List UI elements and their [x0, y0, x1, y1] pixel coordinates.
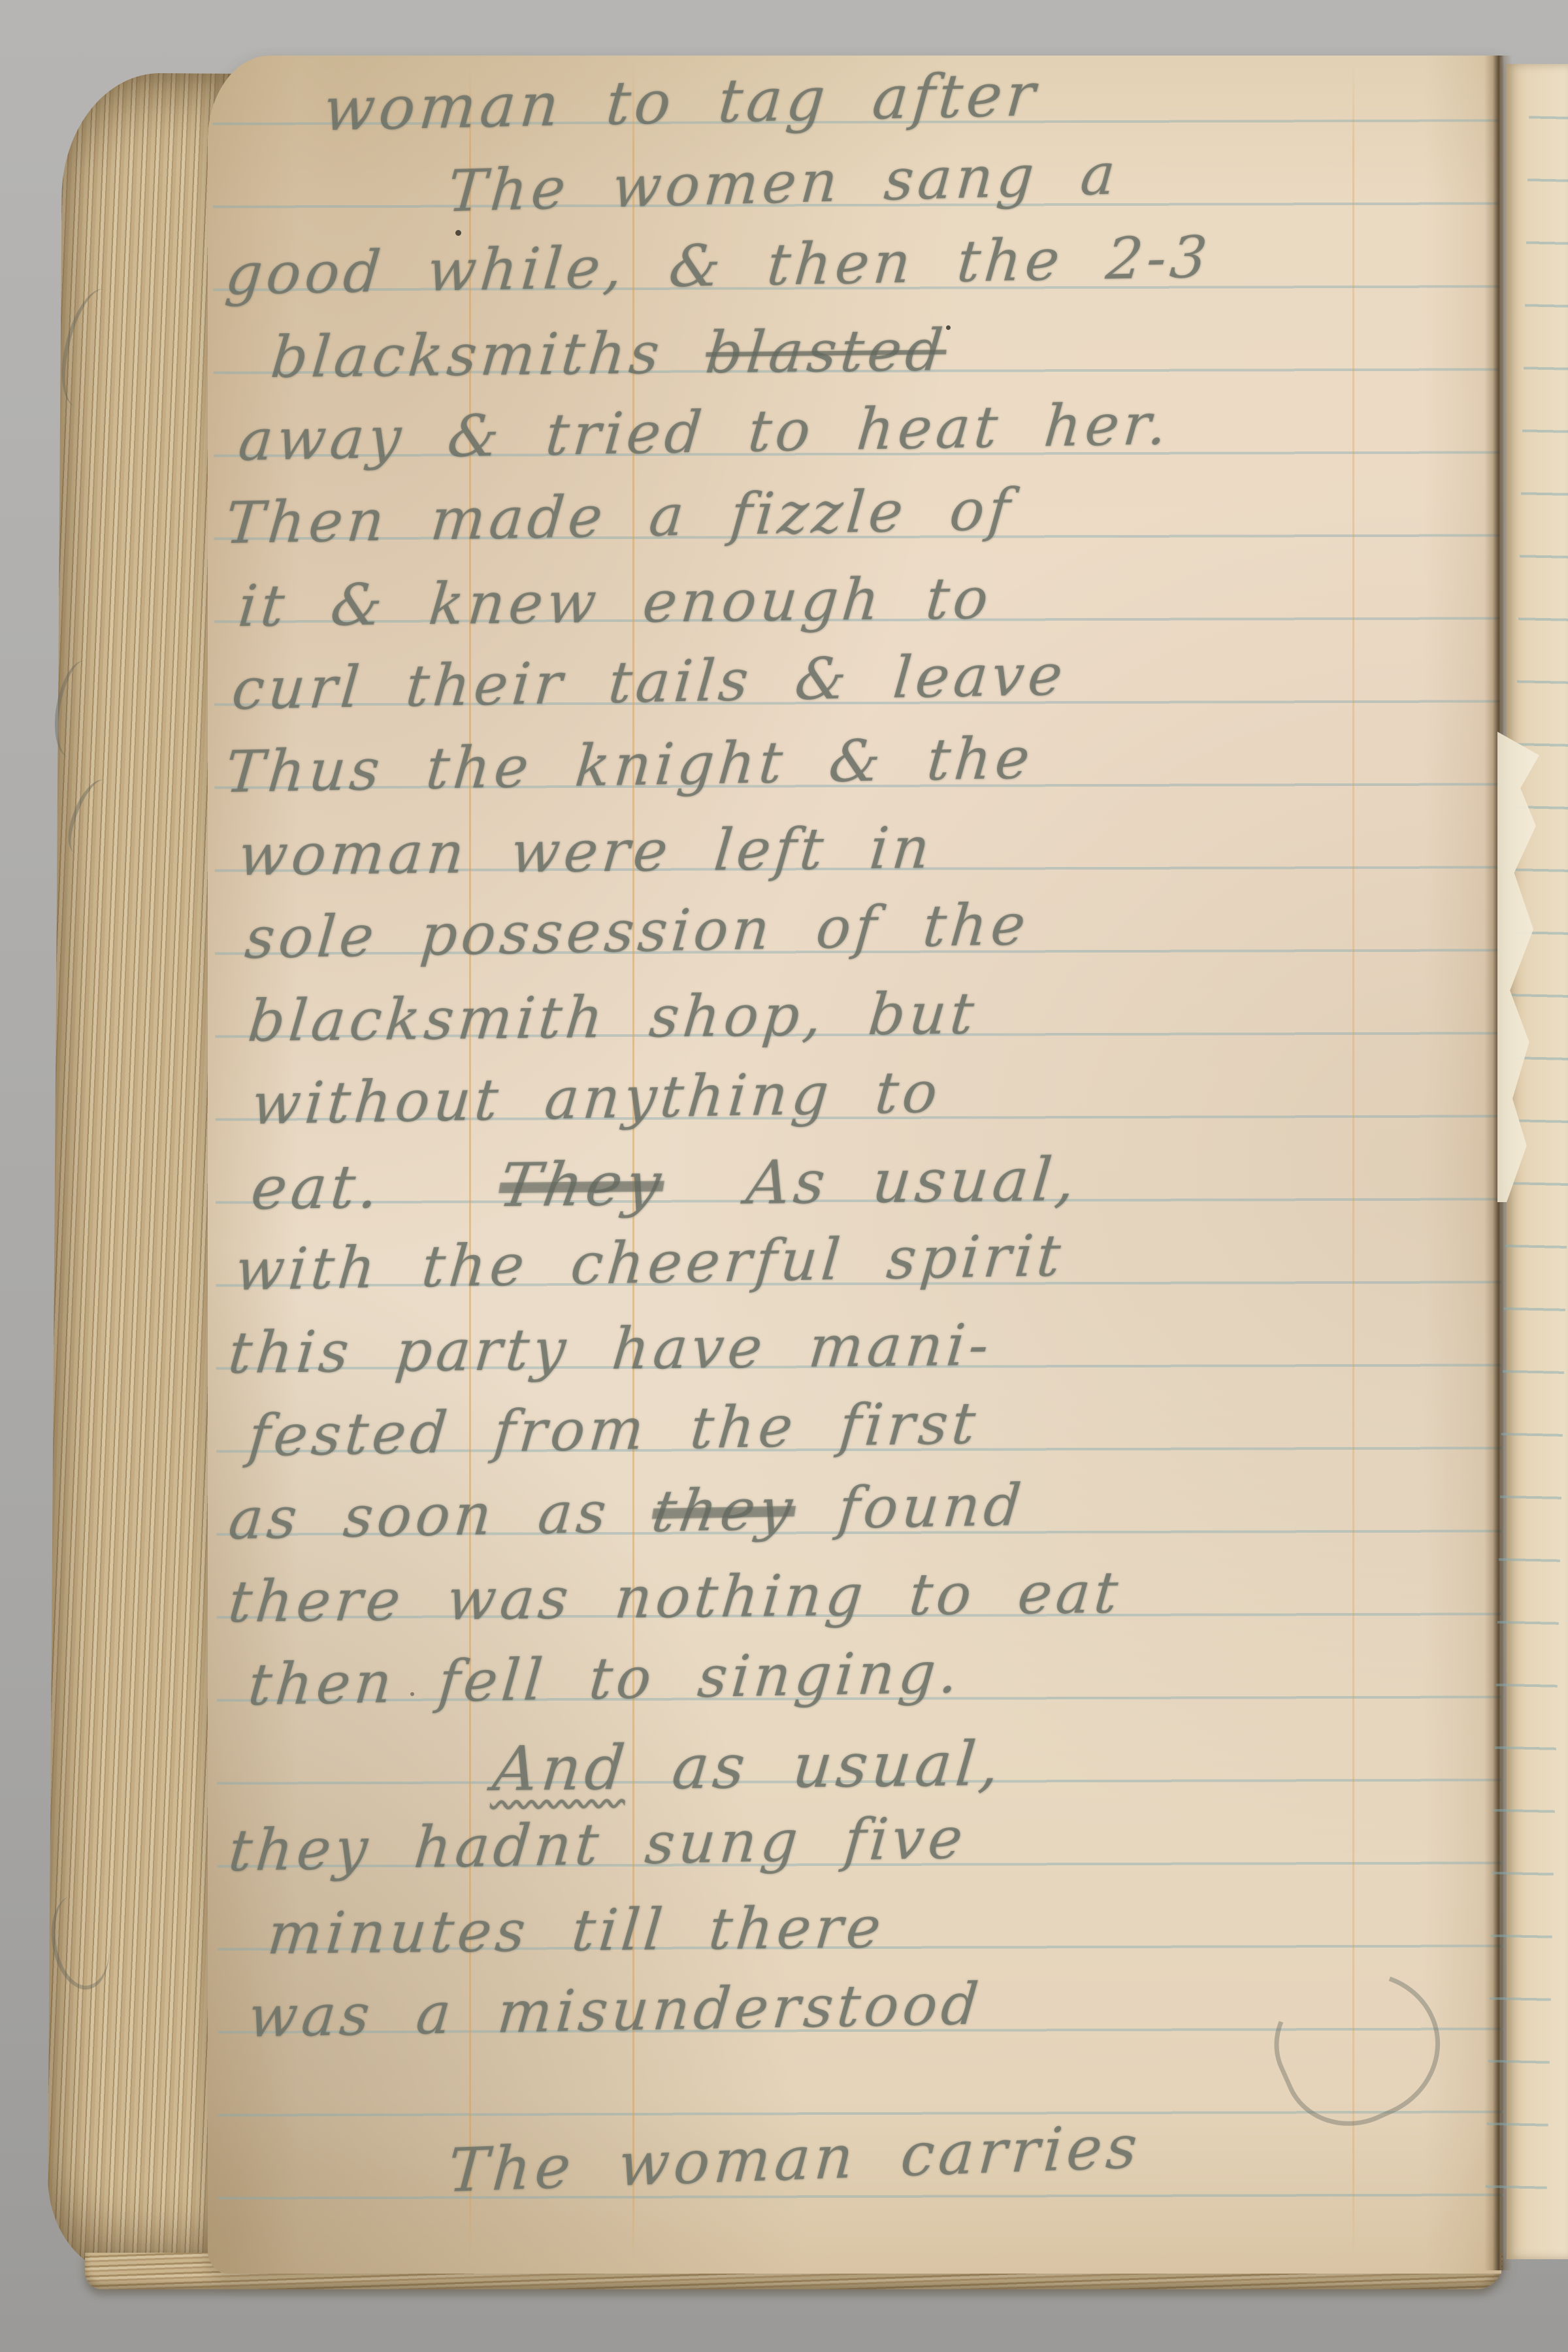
word-segment: as soon as: [226, 1478, 656, 1552]
word-segment: eat.: [248, 1152, 385, 1223]
handwritten-line: without anything to: [249, 1059, 944, 1137]
word-segment: without anything to: [249, 1058, 944, 1138]
word-segment: good while, & then the 2-3: [223, 223, 1214, 308]
word-segment: was a misunderstood: [246, 1970, 985, 2050]
word-segment: Then made a fizzle of: [223, 476, 1017, 557]
word-segment: curl their tails & leave: [229, 641, 1069, 723]
handwritten-line: as soon as they found: [226, 1472, 1028, 1552]
word-segment: blacksmith shop, but: [245, 979, 980, 1054]
word-segment: blacksmiths: [268, 319, 709, 391]
word-segment: with the cheerful spirit: [233, 1222, 1067, 1303]
word-segment: it & knew enough to: [235, 564, 995, 640]
handwritten-line: away & tried to heat her.: [236, 391, 1173, 473]
word-segment: there was nothing to eat: [225, 1559, 1124, 1635]
word-segment: blasted: [703, 316, 950, 386]
handwritten-line: fested from the first: [246, 1390, 982, 1469]
word-segment: And: [490, 1733, 632, 1805]
word-segment: fested from the first: [246, 1389, 982, 1469]
handwritten-line: woman were left in: [235, 815, 936, 888]
handwritten-line: eat.They As usual,: [248, 1145, 1082, 1223]
word-segment: The women sang a: [446, 140, 1122, 225]
word-segment: then fell to singing.: [246, 1639, 964, 1718]
handwritten-line: there was nothing to eat: [225, 1560, 1124, 1635]
handwritten-line: good while, & then the 2-3: [223, 224, 1213, 308]
handwritten-line: it & knew enough to: [235, 565, 994, 639]
handwritten-line: minutes till there: [265, 1894, 887, 1967]
word-segment: Thus the knight & the: [223, 724, 1036, 806]
word-segment: woman to tag after: [321, 59, 1041, 144]
handwritten-line: they hadnt sung five: [226, 1805, 969, 1884]
handwritten-line: curl their tails & leave: [229, 642, 1069, 723]
handwritten-line: this party have mani-: [225, 1312, 995, 1386]
word-segment: As usual,: [699, 1145, 1081, 1218]
handwritten-line: with the cheerful spirit: [233, 1222, 1067, 1303]
handwritten-line: The woman carries: [446, 2112, 1143, 2206]
handwritten-line: Then made a fizzle of: [223, 476, 1017, 556]
handwritten-line: blacksmith shop, but: [245, 980, 980, 1054]
word-segment: away & tried to heat her.: [236, 390, 1173, 474]
word-segment: They: [494, 1149, 669, 1220]
word-segment: The woman carries: [446, 2112, 1143, 2206]
word-segment: sole possession of the: [242, 890, 1032, 972]
word-segment: they: [647, 1476, 800, 1544]
word-segment: found: [792, 1471, 1028, 1543]
handwritten-line: The women sang a: [446, 140, 1122, 224]
handwritten-line: sole possession of the: [242, 891, 1032, 971]
photo-backdrop: woman to tag afterThe women sang agood w…: [0, 0, 1568, 2352]
word-segment: they hadnt sung five: [226, 1804, 969, 1884]
handwritten-line: then fell to singing.: [246, 1639, 964, 1718]
handwritten-line: blacksmiths blasted: [268, 317, 949, 390]
word-segment: minutes till there: [265, 1893, 887, 1967]
handwritten-line: was a misunderstood: [246, 1970, 985, 2050]
word-segment: as usual,: [625, 1729, 1006, 1804]
handwritten-line: woman to tag after: [321, 60, 1041, 144]
word-segment: this party have mani-: [225, 1311, 995, 1386]
handwritten-line: Thus the knight & the: [223, 725, 1036, 805]
handwritten-line: And as usual,: [490, 1729, 1006, 1805]
word-segment: woman were left in: [235, 814, 936, 889]
